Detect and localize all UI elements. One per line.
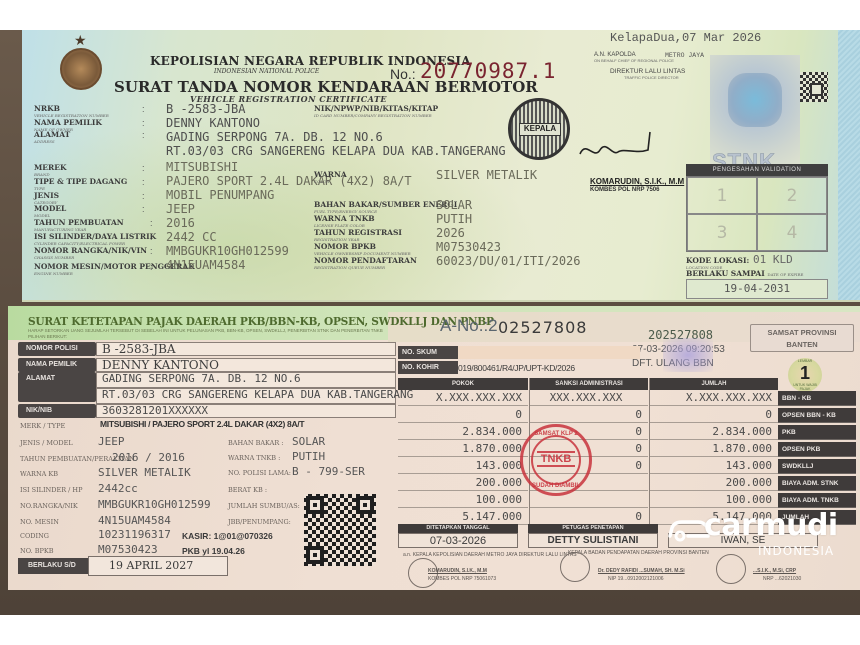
vehicle-detail-label: JENIS / MODEL [20, 439, 73, 447]
owner-field-value: GADING SERPONG 7A. DB. 12 NO.6 [102, 372, 301, 385]
tax-cell: X.XXX.XXX.XXX [650, 390, 778, 406]
location-code-value: 01 KLD [753, 253, 793, 266]
stnk-field-value: JEEP [166, 202, 195, 216]
vehicle-detail-label: CODING [20, 532, 49, 540]
sign3-nrp: NRP ...62021030 [763, 576, 801, 582]
stnk-field-value: SILVER METALIK [436, 168, 537, 182]
colon: : [142, 104, 145, 114]
tax-cell: 0 [650, 407, 778, 423]
colon: : [142, 204, 145, 214]
pkb-due: PKB yl 19.04.26 [182, 546, 245, 556]
hologram-icon [663, 338, 713, 372]
no-skum-label: NO. SKUM [398, 346, 458, 359]
tax-cell: X.XXX.XXX.XXX [398, 390, 528, 406]
vehicle-detail-label: BERAT KB : [228, 486, 267, 494]
stnk-field-label: NOMOR BPKBVEHICLE OWNERSHIP DOCUMENT NUM… [314, 242, 411, 256]
tax-cell: 200.000 [398, 475, 528, 491]
vehicle-detail-value: 4N15UAM4584 [98, 514, 171, 527]
validation-cell: 1 [687, 177, 757, 214]
tax-column-header: SANKSI ADMINISTRASI [530, 378, 648, 390]
stnk-number: 20770987.1 [420, 59, 556, 83]
stnk-field-label: TIPE & TIPE DAGANGTYPE [34, 177, 127, 191]
stnk-field-value: MOBIL PENUMPANG [166, 188, 274, 202]
signer-rank: KOMBES POL NRP 7506 [590, 187, 659, 193]
tax-column-header: JUMLAH [650, 378, 778, 390]
tnkb-stamp-icon: SAMSAT KLP 2 TNKB SUDAH DIAMBIL [520, 424, 592, 496]
stnk-field-value: M07530423 [436, 240, 501, 254]
sign2-nrp: NIP 19...0912002121006 [608, 576, 664, 582]
colon: : [142, 130, 145, 140]
tax-cell: 143.000 [398, 458, 528, 474]
valid-until-label: BERLAKU S/D [18, 558, 88, 574]
validation-grid: 1 2 3 4 [686, 176, 828, 252]
tax-row-label: BIAYA ADM. TNKB [778, 493, 856, 508]
owner-field-label: NOMOR POLISI [18, 342, 96, 356]
kasir-code: KASIR: 1@01@070326 [182, 531, 273, 541]
official-stamp-icon: KEPALA [508, 98, 570, 160]
samsat-badge: SAMSAT PROVINSI BANTEN [750, 324, 854, 352]
tax-row-label: PKB [778, 425, 856, 440]
validation-cell: 3 [687, 214, 757, 251]
vehicle-detail-label: NO. MESIN [20, 518, 59, 526]
petugas-label: PETUGAS PENETAPAN [528, 524, 658, 533]
stnk-field-value: GADING SERPONG 7A. DB. 12 NO.6 [166, 130, 383, 144]
vehicle-detail-value: B - 799-SER [292, 465, 365, 478]
watermark-country: INDONESIA [758, 544, 834, 558]
vehicle-detail-label: BAHAN BAKAR : [228, 439, 284, 447]
carmudi-watermark: carmudi INDONESIA [668, 508, 848, 566]
signature-icon [578, 130, 658, 166]
vehicle-detail-value: SILVER METALIK [98, 466, 191, 479]
vehicle-detail-label: JUMLAH SUMBU/AS: [228, 502, 300, 510]
stnk-field-label: ALAMATADDRESS [34, 130, 70, 144]
expiry-label: BERLAKU SAMPAI DATE OF EXPIRE [686, 269, 803, 278]
stnk-field-label: NOMOR RANGKA/NIK/VINCHASSIS NUMBER [34, 246, 147, 260]
stnk-field-label: MEREKBRAND [34, 163, 67, 177]
no-kohir-label: NO. KOHIR [398, 361, 458, 374]
stnk-field-value: DENNY KANTONO [166, 116, 260, 130]
vehicle-detail-value: M07530423 [98, 543, 158, 556]
police-emblem-icon [60, 48, 102, 90]
sign2-name: Dr. DEDY RAFIDI ...SUMAH, SH. M.Si [598, 568, 685, 574]
tax-row-label: SWDKLLJ [778, 459, 856, 474]
colon: : [142, 191, 145, 201]
sheet-number-badge: LEMBAR 1 UNTUK WAJIB PAJAK [788, 358, 822, 392]
skpd-subtitle: HARAP SETORKAN UANG SEJUMLAH TERSEBUT DI… [28, 328, 388, 340]
stnk-field-label: TAHUN PEMBUATANMANUFACTURING YEAR [34, 218, 124, 232]
vehicle-detail-label: NO. POLISI LAMA: [228, 469, 291, 477]
vehicle-detail-value: SOLAR [292, 435, 325, 448]
stnk-field-value: RT.03/03 CRG SANGERENG KELAPA DUA KAB.TA… [166, 144, 506, 158]
stnk-field-value: PAJERO SPORT 2.4L DAKAR (4X2) 8A/T [166, 174, 412, 188]
validation-header: PENGESAHAN VALIDATION [686, 164, 828, 176]
metro-jaya: METRO JAYA [665, 52, 704, 59]
stnk-field-label: MODELMODEL [34, 204, 66, 218]
issue-place-date: KelapaDua,07 Mar 2026 [610, 31, 761, 45]
qr-code-icon [800, 72, 828, 102]
stnk-field-value: 60023/DU/01/ITI/2026 [436, 254, 581, 268]
tax-row-label: OPSEN BBN - KB [778, 408, 856, 423]
vehicle-detail-label: JBB/PENUMPANG: [228, 518, 291, 526]
tax-row-label: BBN - KB [778, 391, 856, 406]
colon: : [150, 218, 153, 228]
stnk-field-value: SOLAR [436, 198, 472, 212]
vehicle-detail-value: MMBGUKR10GH012599 [98, 498, 211, 511]
sign1-title: a.n. KEPALA KEPOLISIAN DAERAH METRO JAYA… [403, 552, 577, 558]
stnk-field-value: MMBGUKR10GH012599 [166, 244, 289, 258]
owner-field-value: DENNY KANTONO [102, 358, 219, 372]
tax-cell: 200.000 [650, 475, 778, 491]
stnk-field-label: ISI SILINDER/DAYA LISTRIKCYLINDER CAPACI… [34, 232, 156, 246]
vehicle-detail-label: WARNA KB [20, 470, 58, 478]
owner-field-label: NAMA PEMILIK [18, 358, 96, 372]
tax-cell: 2.834.000 [650, 424, 778, 440]
tax-row-label: OPSEN PKB [778, 442, 856, 457]
colon: : [142, 177, 145, 187]
stnk-field-label: WARNACOLOR [314, 170, 347, 184]
sign3-name: ...S.I.K., M.Si, CRP [753, 568, 796, 574]
owner-field-label: ALAMAT [18, 372, 96, 402]
a-no-label: A-No.:2 [440, 316, 498, 336]
tax-cell: 100.000 [650, 492, 778, 508]
seal-icon [560, 552, 590, 582]
stnk-field-label: TAHUN REGISTRASIREGISTRATION YEAR [314, 228, 402, 242]
stnk-field-label: WARNA TNKBLICENSE PLATE COLOR [314, 214, 375, 228]
stnk-field-label: JENISCATEGORY [34, 191, 59, 205]
stnk-field-value: 2026 [436, 226, 465, 240]
stnk-no-label: No.: [390, 66, 416, 82]
tax-cell: 0 [530, 509, 648, 525]
tax-cell: 143.000 [650, 458, 778, 474]
vehicle-detail-value: PUTIH [292, 450, 325, 463]
colon: : [150, 232, 153, 242]
tax-cell: 0 [398, 407, 528, 423]
tax-cell: 1.870.000 [650, 441, 778, 457]
owner-field-value: RT.03/03 CRG SANGERENG KELAPA DUA KAB.TA… [102, 388, 413, 401]
ditetapkan-value: 07-03-2026 [398, 533, 518, 548]
colon: : [142, 118, 145, 128]
vehicle-detail-label: ISI SILINDER / HP [20, 486, 82, 494]
stnk-field-value: MITSUBISHI [166, 160, 238, 174]
stnk-field-label: NIK/NPWP/NIB/KITAS/KITAPID CARD NUMBER/C… [314, 104, 438, 118]
location-code-label: KODE LOKASI:LOCATION CODE [686, 256, 749, 270]
tax-cell: 100.000 [398, 492, 528, 508]
vehicle-detail-value: JEEP [98, 435, 125, 448]
sign1-name: KOMARUDIN, S.I.K., M.M [428, 568, 487, 574]
validation-cell: 2 [757, 177, 827, 214]
owner-field-label: NIK/NIB [18, 404, 96, 418]
stnk-field-label: NOMOR PENDAFTARANREGISTRATION QUEUE NUMB… [314, 256, 417, 270]
stnk-header-subtitle: INDONESIAN NATIONAL POLICE [214, 68, 319, 75]
vehicle-detail-label: NO.RANGKA/NIK [20, 502, 78, 510]
colon: : [150, 246, 153, 256]
merk-value: MITSUBISHI / PAJERO SPORT 2.4L DAKAR (4X… [100, 419, 304, 429]
no-skum-value [458, 346, 640, 359]
no-kohir-value: 019/800461/R4/JP/UPT-KD/2026 [458, 363, 575, 373]
skpd-title: SURAT KETETAPAN PAJAK DAERAH PKB/BBN-KB,… [28, 314, 494, 328]
a-no-value: 02527808 [498, 318, 587, 337]
qr-code-icon [304, 494, 376, 566]
stnk-field-value: 2442 CC [166, 230, 217, 244]
stnk-field-value: 2016 [166, 216, 195, 230]
expiry-date: 19-04-2031 [686, 279, 828, 299]
signer-name: KOMARUDIN, S.I.K., M.M [590, 177, 684, 186]
vehicle-detail-label: WARNA TNKB : [228, 454, 280, 462]
an-kapolda: A.N. KAPOLDAON BEHALF CHIEF OF REGIONAL … [594, 52, 674, 64]
watermark-brand: carmudi [704, 508, 838, 543]
tax-cell: 0 [530, 407, 648, 423]
tax-row-label: BIAYA ADM. STNK [778, 476, 856, 491]
tax-cell: 1.870.000 [398, 441, 528, 457]
owner-field-value: 3603281201XXXXXX [102, 404, 208, 417]
colon: : [150, 262, 153, 272]
ditetapkan-label: DITETAPKAN TANGGAL [398, 524, 518, 533]
tax-column-header: POKOK [398, 378, 528, 390]
stnk-field-value: B -2583-JBA [166, 102, 245, 116]
tax-cell: 2.834.000 [398, 424, 528, 440]
stnk-certificate: KEPOLISIAN NEGARA REPUBLIK INDONESIA IND… [22, 30, 860, 302]
vehicle-detail-value: 2442cc [98, 482, 138, 495]
colon: : [142, 163, 145, 173]
owner-field-value: B -2583-JBA [102, 342, 176, 356]
petugas-value: DETTY SULISTIANI [528, 533, 658, 548]
tax-cell: XXX.XXX.XXX [530, 390, 648, 406]
direktur-lalu-lintas: DIREKTUR LALU LINTASTRAFFIC POLICE DIREC… [610, 68, 685, 80]
hologram-icon: STNK [710, 55, 800, 165]
vehicle-detail-label: NO. BPKB [20, 547, 54, 555]
sign1-nrp: KOMBES POL NRP 75061073 [428, 576, 496, 582]
vehicle-detail-value: 10231196317 [98, 528, 171, 541]
valid-until-value: 19 APRIL 2027 [88, 556, 228, 576]
validation-cell: 4 [757, 214, 827, 251]
stnk-field-label: NRKBVEHICLE REGISTRATION NUMBER [34, 104, 109, 118]
stnk-field-value: 4N15UAM4584 [166, 258, 245, 272]
vehicle-detail-value: 2016 / 2016 [112, 451, 185, 464]
stnk-field-value: PUTIH [436, 212, 472, 226]
merk-label: MERK / TYPE [20, 422, 65, 430]
tax-cell: 5.147.000 [398, 509, 528, 525]
